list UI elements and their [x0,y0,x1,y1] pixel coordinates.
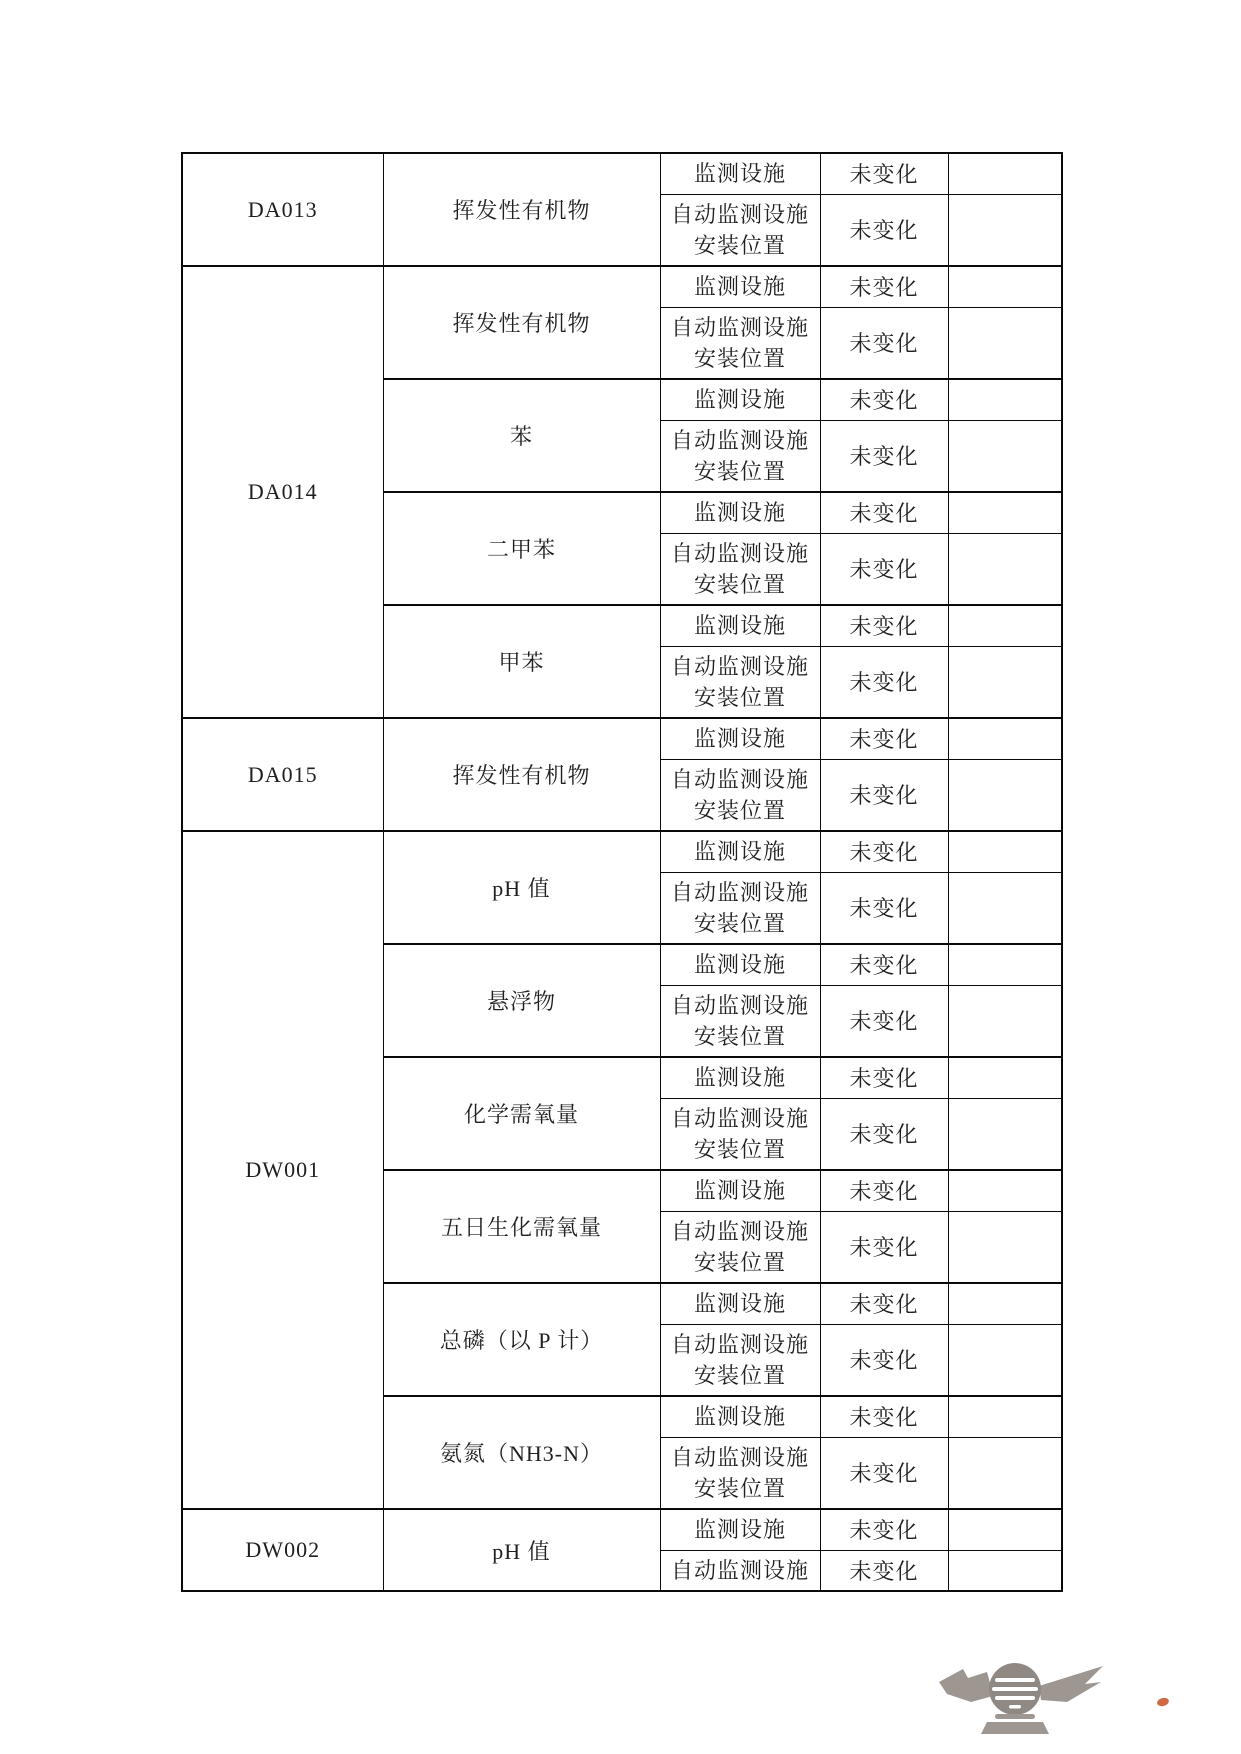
facility-label: 自动监测设施 [661,1555,820,1586]
status-cell: 未变化 [820,1098,948,1170]
status-cell: 未变化 [820,831,948,872]
facility-label: 监测设施 [661,610,820,641]
facility-label: 自动监测设施 [661,990,820,1021]
facility-label: 监测设施 [661,1288,820,1319]
facility-cell: 监测设施 [660,718,820,759]
code-cell: DW002 [182,1509,383,1591]
status-cell: 未变化 [820,194,948,266]
status-cell: 未变化 [820,1509,948,1550]
code-cell: DW001 [182,831,383,1509]
facility-cell: 自动监测设施 [660,1550,820,1591]
note-cell [948,194,1062,266]
facility-label: 安装位置 [661,908,820,939]
facility-cell: 监测设施 [660,1057,820,1098]
facility-label: 自动监测设施 [661,1329,820,1360]
facility-cell: 监测设施 [660,1509,820,1550]
facility-label: 监测设施 [661,1062,820,1093]
facility-cell: 自动监测设施安装位置 [660,759,820,831]
facility-cell: 监测设施 [660,831,820,872]
parameter-cell: 挥发性有机物 [383,153,660,266]
facility-label: 安装位置 [661,1134,820,1165]
facility-cell: 自动监测设施安装位置 [660,307,820,379]
note-cell [948,307,1062,379]
parameter-cell: 化学需氧量 [383,1057,660,1170]
parameter-cell: 苯 [383,379,660,492]
table-row: DW001pH 值监测设施未变化 [182,831,1062,872]
facility-label: 自动监测设施 [661,1216,820,1247]
facility-label: 自动监测设施 [661,1103,820,1134]
document-page: DA013挥发性有机物监测设施未变化自动监测设施安装位置未变化DA014挥发性有… [0,0,1241,1754]
note-cell [948,759,1062,831]
status-cell: 未变化 [820,153,948,194]
parameter-cell: 二甲苯 [383,492,660,605]
parameter-cell: pH 值 [383,831,660,944]
note-cell [948,605,1062,646]
status-cell: 未变化 [820,759,948,831]
status-cell: 未变化 [820,718,948,759]
note-cell [948,1509,1062,1550]
note-cell [948,266,1062,307]
facility-cell: 自动监测设施安装位置 [660,872,820,944]
facility-cell: 自动监测设施安装位置 [660,533,820,605]
facility-cell: 监测设施 [660,944,820,985]
status-cell: 未变化 [820,1437,948,1509]
status-cell: 未变化 [820,266,948,307]
status-cell: 未变化 [820,605,948,646]
facility-label: 自动监测设施 [661,312,820,343]
status-cell: 未变化 [820,985,948,1057]
logo-emblem [935,1652,1235,1744]
facility-label: 监测设施 [661,949,820,980]
parameter-cell: 挥发性有机物 [383,266,660,379]
facility-cell: 自动监测设施安装位置 [660,985,820,1057]
table-row: DA015挥发性有机物监测设施未变化 [182,718,1062,759]
note-cell [948,831,1062,872]
note-cell [948,944,1062,985]
facility-cell: 自动监测设施安装位置 [660,646,820,718]
note-cell [948,646,1062,718]
facility-label: 自动监测设施 [661,199,820,230]
note-cell [948,1211,1062,1283]
facility-label: 监测设施 [661,1514,820,1545]
facility-label: 自动监测设施 [661,651,820,682]
note-cell [948,1396,1062,1437]
status-cell: 未变化 [820,1550,948,1591]
facility-label: 监测设施 [661,497,820,528]
note-cell [948,1550,1062,1591]
note-cell [948,1057,1062,1098]
facility-label: 监测设施 [661,158,820,189]
facility-cell: 监测设施 [660,605,820,646]
facility-label: 自动监测设施 [661,877,820,908]
facility-label: 安装位置 [661,1473,820,1504]
facility-label: 监测设施 [661,836,820,867]
parameter-cell: 氨氮（NH3-N） [383,1396,660,1509]
logo-left-wing-icon [939,1669,993,1702]
status-cell: 未变化 [820,646,948,718]
facility-label: 自动监测设施 [661,764,820,795]
facility-label: 安装位置 [661,1021,820,1052]
logo-pedestal-icon [995,1714,1035,1719]
facility-cell: 自动监测设施安装位置 [660,194,820,266]
facility-label: 监测设施 [661,384,820,415]
facility-cell: 监测设施 [660,266,820,307]
status-cell: 未变化 [820,1057,948,1098]
note-cell [948,420,1062,492]
status-cell: 未变化 [820,307,948,379]
status-cell: 未变化 [820,1170,948,1211]
facility-label: 安装位置 [661,569,820,600]
status-cell: 未变化 [820,1324,948,1396]
facility-cell: 监测设施 [660,153,820,194]
note-cell [948,153,1062,194]
note-cell [948,1170,1062,1211]
parameter-cell: 甲苯 [383,605,660,718]
facility-label: 自动监测设施 [661,425,820,456]
facility-label: 安装位置 [661,682,820,713]
facility-cell: 自动监测设施安装位置 [660,1098,820,1170]
facility-cell: 监测设施 [660,1396,820,1437]
code-cell: DA015 [182,718,383,831]
facility-label: 安装位置 [661,1247,820,1278]
note-cell [948,1324,1062,1396]
facility-label: 安装位置 [661,230,820,261]
facility-label: 安装位置 [661,795,820,826]
note-cell [948,1098,1062,1170]
facility-label: 自动监测设施 [661,538,820,569]
status-cell: 未变化 [820,492,948,533]
facility-cell: 监测设施 [660,1283,820,1324]
facility-cell: 自动监测设施安装位置 [660,420,820,492]
company-logo [935,1652,1235,1744]
note-cell [948,1437,1062,1509]
facility-label: 监测设施 [661,723,820,754]
parameter-cell: 总磷（以 P 计） [383,1283,660,1396]
parameter-cell: 挥发性有机物 [383,718,660,831]
table-row: DA014挥发性有机物监测设施未变化 [182,266,1062,307]
facility-label: 安装位置 [661,343,820,374]
note-cell [948,718,1062,759]
code-cell: DA013 [182,153,383,266]
facility-label: 监测设施 [661,1175,820,1206]
status-cell: 未变化 [820,944,948,985]
note-cell [948,379,1062,420]
note-cell [948,1283,1062,1324]
note-cell [948,533,1062,605]
note-cell [948,985,1062,1057]
parameter-cell: 悬浮物 [383,944,660,1057]
monitoring-table: DA013挥发性有机物监测设施未变化自动监测设施安装位置未变化DA014挥发性有… [181,152,1063,1592]
parameter-cell: 五日生化需氧量 [383,1170,660,1283]
table-row: DW002pH 值监测设施未变化 [182,1509,1062,1550]
table-row: DA013挥发性有机物监测设施未变化 [182,153,1062,194]
facility-cell: 监测设施 [660,492,820,533]
status-cell: 未变化 [820,1396,948,1437]
facility-cell: 自动监测设施安装位置 [660,1324,820,1396]
note-cell [948,492,1062,533]
status-cell: 未变化 [820,533,948,605]
parameter-cell: pH 值 [383,1509,660,1591]
status-cell: 未变化 [820,1211,948,1283]
status-cell: 未变化 [820,872,948,944]
status-cell: 未变化 [820,1283,948,1324]
code-cell: DA014 [182,266,383,718]
facility-label: 监测设施 [661,1401,820,1432]
facility-label: 安装位置 [661,456,820,487]
logo-accent-dot-icon [1156,1697,1170,1708]
facility-label: 自动监测设施 [661,1442,820,1473]
facility-label: 安装位置 [661,1360,820,1391]
facility-cell: 监测设施 [660,1170,820,1211]
status-cell: 未变化 [820,420,948,492]
facility-cell: 自动监测设施安装位置 [660,1211,820,1283]
logo-right-wing-icon [1039,1666,1103,1702]
facility-label: 监测设施 [661,271,820,302]
note-cell [948,872,1062,944]
facility-cell: 监测设施 [660,379,820,420]
status-cell: 未变化 [820,379,948,420]
facility-cell: 自动监测设施安装位置 [660,1437,820,1509]
